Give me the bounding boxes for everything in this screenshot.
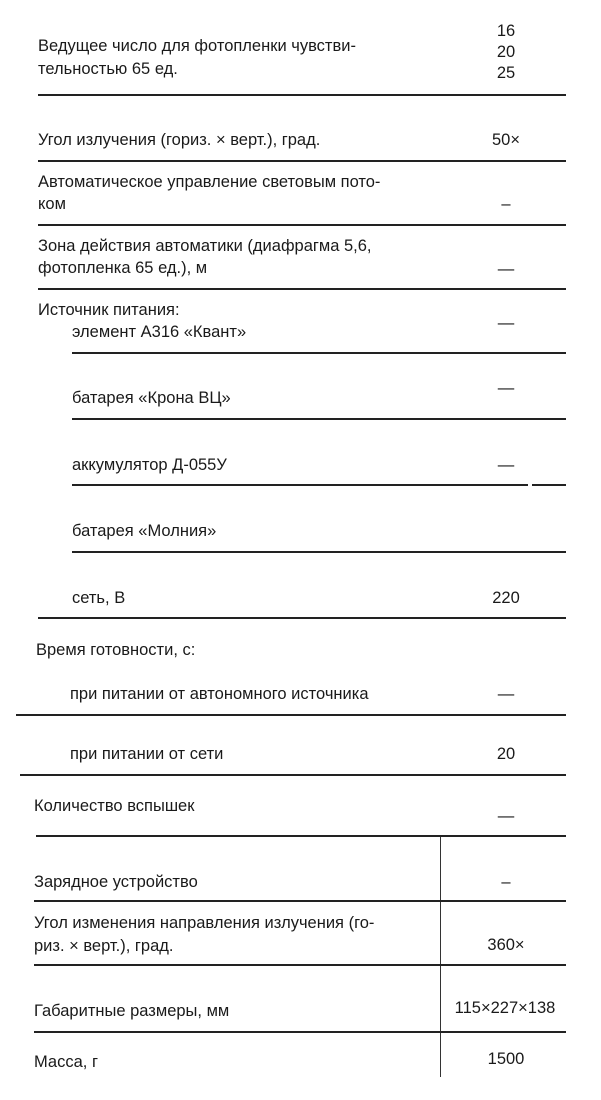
column-divider — [440, 837, 441, 1077]
mass-label: Масса, г — [34, 1052, 98, 1073]
row-divider — [34, 964, 566, 966]
guide-number-value-3: 25 — [466, 63, 546, 84]
flash-count-label: Количество вспышек — [34, 796, 194, 817]
guide-number-value-1: 16 — [466, 21, 546, 42]
direction-angle-label-line1: Угол изменения направления излучения (го… — [34, 913, 374, 934]
row-divider — [34, 1031, 566, 1033]
row-divider — [38, 160, 566, 162]
flash-count-value: — — [466, 806, 546, 827]
row-divider — [72, 484, 528, 486]
power-item-value: — — [466, 378, 546, 399]
auto-zone-value: — — [466, 259, 546, 280]
guide-number-label-line2: тельностью 65 ед. — [38, 59, 178, 80]
row-divider — [38, 94, 566, 96]
power-item-label: аккумулятор Д-055У — [72, 455, 227, 476]
ready-item-value: — — [466, 684, 546, 705]
power-item-label: элемент А316 «Квант» — [72, 322, 246, 343]
power-item-label: сеть, В — [72, 588, 125, 609]
auto-flux-label-line2: ком — [38, 194, 66, 215]
ready-item-label: при питании от автономного источника — [70, 684, 369, 705]
row-divider — [72, 551, 566, 553]
ready-item-value: 20 — [466, 744, 546, 765]
row-divider — [72, 418, 566, 420]
row-divider — [38, 617, 566, 619]
beam-angle-value: 50× — [466, 130, 546, 151]
mass-value: 1500 — [466, 1049, 546, 1070]
direction-angle-label-line2: риз. × верт.), град. — [34, 936, 173, 957]
beam-angle-label: Угол излучения (гориз. × верт.), град. — [38, 130, 320, 151]
row-divider — [38, 288, 566, 290]
power-item-value: — — [466, 313, 546, 334]
auto-zone-label-line1: Зона действия автоматики (диафрагма 5,6, — [38, 236, 372, 257]
row-divider — [36, 835, 566, 837]
dimensions-label: Габаритные размеры, мм — [34, 1001, 229, 1022]
ready-time-label: Время готовности, с: — [36, 640, 195, 661]
row-divider — [38, 224, 566, 226]
row-divider — [532, 484, 566, 486]
charger-value: – — [466, 872, 546, 893]
power-item-label: батарея «Молния» — [72, 521, 216, 542]
auto-zone-label-line2: фотопленка 65 ед.), м — [38, 258, 207, 279]
ready-item-label: при питании от сети — [70, 744, 223, 765]
auto-flux-value: – — [466, 194, 546, 215]
power-source-label: Источник питания: — [38, 300, 180, 321]
guide-number-value-2: 20 — [466, 42, 546, 63]
charger-label: Зарядное устройство — [34, 872, 198, 893]
power-item-value: 220 — [466, 588, 546, 609]
guide-number-label-line1: Ведущее число для фотопленки чувстви- — [38, 36, 356, 57]
power-item-label: батарея «Крона ВЦ» — [72, 388, 231, 409]
dimensions-value: 115×227×138 — [441, 998, 569, 1019]
power-item-value: — — [466, 455, 546, 476]
row-divider — [34, 900, 566, 902]
auto-flux-label-line1: Автоматическое управление световым пото- — [38, 172, 380, 193]
row-divider — [72, 352, 566, 354]
row-divider — [16, 714, 566, 716]
direction-angle-value: 360× — [466, 935, 546, 956]
row-divider — [20, 774, 566, 776]
